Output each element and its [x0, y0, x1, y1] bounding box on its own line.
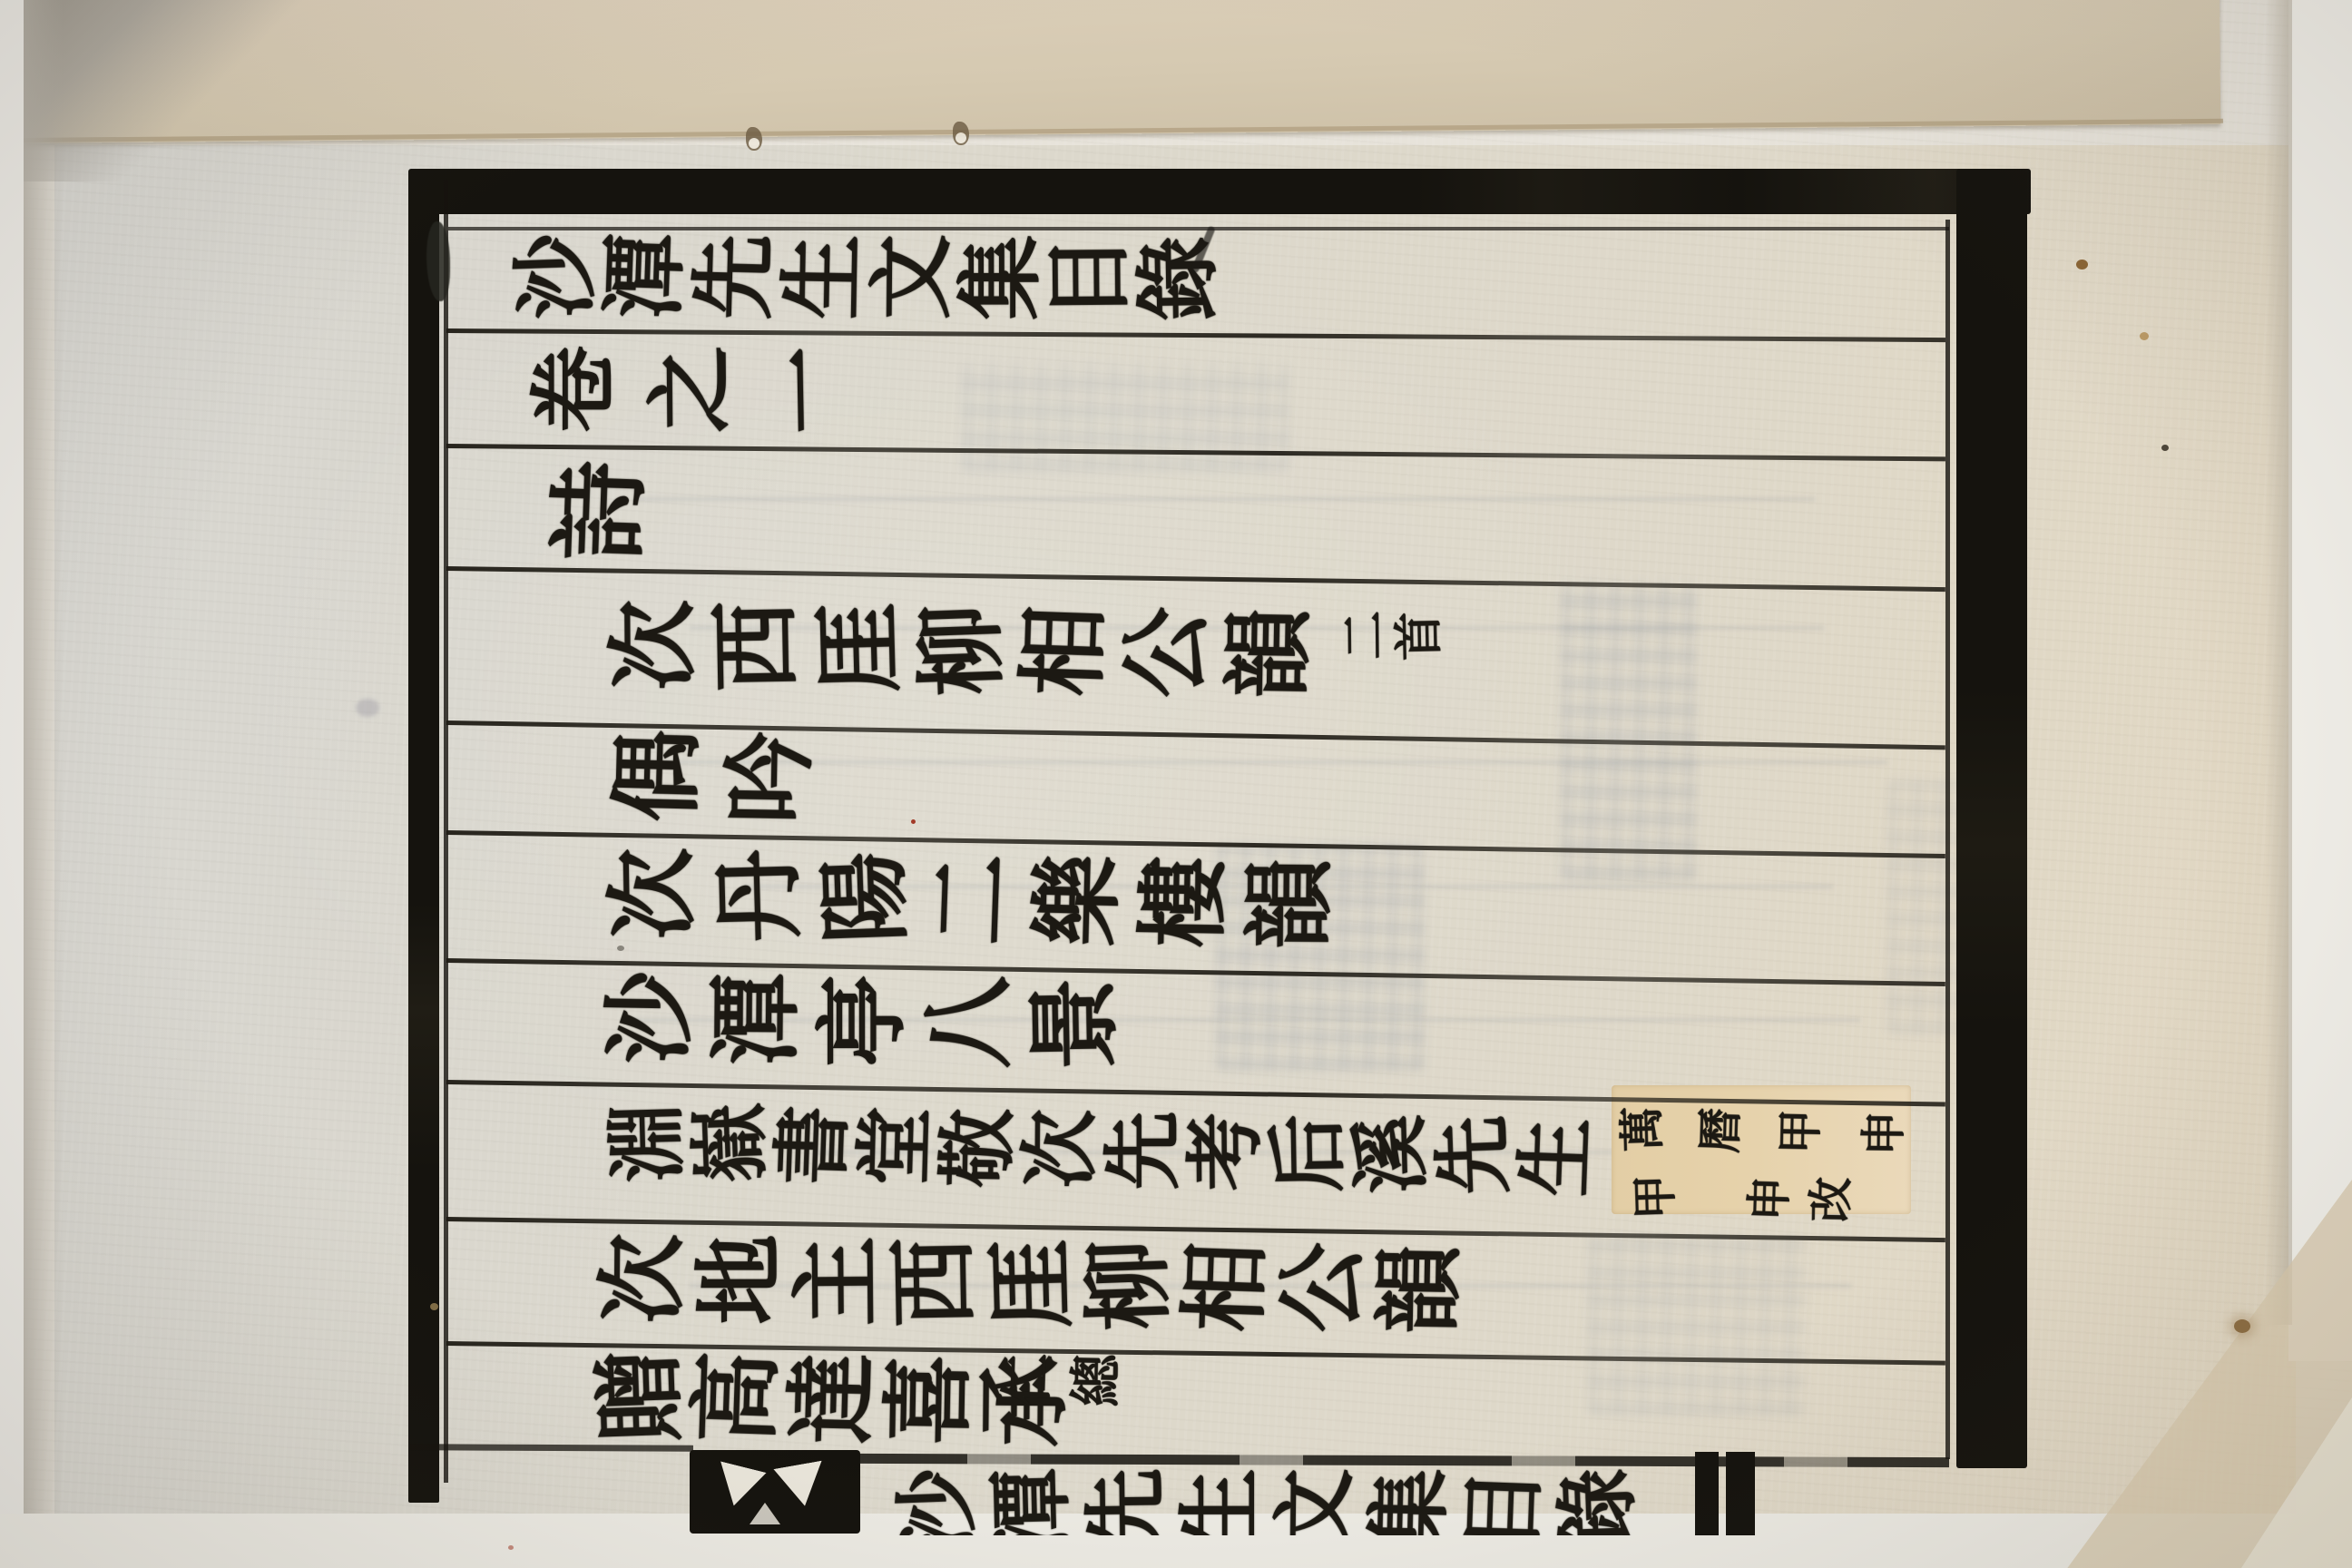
glyph-char: 潭	[990, 1467, 1075, 1535]
glyph-char: 相	[1180, 1240, 1272, 1332]
glyph-char: 次	[599, 1233, 690, 1324]
glyph-char: 景	[1029, 977, 1123, 1072]
glyph-char: 潭	[711, 972, 805, 1065]
paper-tear	[746, 127, 762, 151]
glyph-char: 陽	[818, 849, 912, 944]
glyph-char: 西	[710, 601, 803, 693]
book-photo: 沙潭先生文集目錄卷之一詩次西厓柳相公韻二首偶吟次丹陽二樂樓韻沙潭亭八景淵嶽書堂敬…	[0, 0, 2352, 1568]
glyph-char: 申	[1860, 1110, 1906, 1156]
glyph-char: 二	[1339, 611, 1389, 661]
left-page-edge	[0, 0, 24, 1568]
fishtail-ornament	[690, 1450, 860, 1534]
glyph-char: 甲	[1777, 1109, 1823, 1155]
glyph-char: 韻	[1244, 857, 1337, 950]
glyph-char: 柳	[915, 603, 1008, 696]
glyph-char: 仁	[1000, 1352, 1054, 1406]
glyph-char: 二	[924, 851, 1018, 946]
red-speck	[911, 819, 916, 824]
glyph-char: 目	[1461, 1466, 1547, 1535]
glyph-char: 先	[1084, 1467, 1169, 1535]
glyph-char: 集	[1367, 1467, 1453, 1535]
next-leaf-border-bar	[1695, 1452, 1719, 1535]
glyph-char: 公	[1121, 605, 1214, 699]
glyph-char: 八	[924, 975, 1017, 1069]
glyph-char: 沙	[895, 1466, 981, 1535]
glyph-char: 韻	[1375, 1243, 1466, 1335]
glyph-char: 西	[889, 1237, 981, 1328]
glyph-char: 改	[1808, 1176, 1854, 1222]
glyph-char: 地	[696, 1235, 786, 1325]
show-through-ghost	[1588, 1234, 1806, 1416]
glyph-char: 公	[1278, 1241, 1370, 1334]
glyph-char: 主	[793, 1236, 884, 1327]
glyph-char: 生	[1515, 1116, 1597, 1198]
glyph-char: 厓	[813, 602, 906, 695]
glyph-char: 高	[689, 1350, 783, 1445]
next-leaf-strip: 沙潭先生文集目錄	[635, 1448, 1996, 1535]
ink-smudge	[426, 221, 450, 301]
glyph-char: 樓	[1137, 856, 1230, 949]
glyph-char: 申	[1746, 1175, 1793, 1222]
glyph-char: 錄	[1555, 1466, 1641, 1535]
glyph-char: 亭	[818, 975, 910, 1067]
glyph-char: 溪	[1350, 1113, 1431, 1194]
fishtail-cutout	[710, 1461, 766, 1511]
glyph-char: 書	[772, 1104, 854, 1186]
glyph-char: 嶽	[690, 1102, 771, 1184]
glyph-char: 次	[609, 599, 701, 691]
glyph-char: 集	[959, 235, 1044, 320]
paper-tear	[953, 122, 969, 145]
glyph-char: 后	[1269, 1112, 1349, 1193]
glyph-char: 一	[762, 346, 851, 435]
glyph-char: 先	[1103, 1111, 1182, 1190]
glyph-char: 卷	[531, 346, 618, 433]
glyph-char: 首	[1394, 611, 1444, 661]
glyph-char: 淵	[607, 1102, 688, 1182]
glyph-char: 達	[786, 1351, 880, 1445]
glyph-char: 贈	[593, 1348, 687, 1443]
glyph-char: 沙	[604, 970, 699, 1064]
glyph-char: 錄	[1136, 235, 1223, 322]
dark-fleck	[2161, 445, 2169, 451]
glyph-char: 偶	[612, 729, 707, 824]
glyph-char: 詩	[548, 459, 652, 563]
next-leaf-border-bar	[1726, 1452, 1755, 1535]
glyph-char: 韻	[1223, 607, 1316, 700]
foxing-spot	[2076, 260, 2088, 269]
frame-border-right	[1956, 169, 2027, 1468]
glyph-char: 喜	[882, 1353, 975, 1446]
glyph-char: 敬	[938, 1107, 1019, 1188]
dark-fleck	[617, 946, 624, 951]
foxing-spot	[2234, 1319, 2250, 1333]
glyph-char: 相	[1017, 603, 1111, 697]
glyph-char: 次	[1021, 1109, 1101, 1189]
glyph-char: 考	[1186, 1112, 1266, 1191]
glyph-char: 丹	[712, 848, 807, 943]
glyph-char: 文	[1273, 1467, 1357, 1535]
glyph-char: 厓	[986, 1238, 1079, 1330]
frame-border-right-inner	[1945, 220, 1950, 1459]
show-through-line	[635, 497, 1815, 501]
glyph-char: 吟	[724, 730, 818, 825]
glyph-char: 次	[606, 848, 700, 941]
fishtail-cutout	[750, 1503, 780, 1524]
glyph-char: 先	[1433, 1114, 1514, 1196]
show-through-ghost	[962, 363, 1289, 472]
fishtail-cutout	[773, 1461, 828, 1511]
right-background-page	[2288, 0, 2352, 1361]
glyph-char: 生	[780, 233, 867, 320]
red-speck	[508, 1545, 514, 1550]
right-edge-shadow	[2265, 0, 2292, 1325]
glyph-char: 萬	[1619, 1106, 1666, 1153]
foxing-spot	[2140, 332, 2149, 340]
glyph-char: 沙	[513, 231, 601, 319]
glyph-char: 先	[691, 232, 778, 319]
glyph-char: 甲	[1632, 1173, 1679, 1220]
glyph-char: 之	[646, 346, 734, 434]
left-gap-shadow	[24, 0, 64, 1568]
glyph-char: 曆	[1697, 1107, 1744, 1154]
frame-border-top	[408, 169, 2031, 214]
gray-smudge	[356, 699, 379, 717]
glyph-char: 目	[1047, 235, 1133, 321]
glyph-char: 樂	[1031, 854, 1125, 948]
frame-border-top-inner	[448, 227, 1949, 230]
foxing-spot	[430, 1303, 438, 1310]
glyph-char: 柳	[1083, 1239, 1175, 1331]
glyph-char: 總	[1069, 1353, 1122, 1406]
glyph-char: 生	[1180, 1468, 1263, 1535]
glyph-char: 文	[869, 234, 955, 320]
glyph-char: 堂	[855, 1106, 936, 1187]
glyph-char: 潭	[602, 232, 690, 320]
